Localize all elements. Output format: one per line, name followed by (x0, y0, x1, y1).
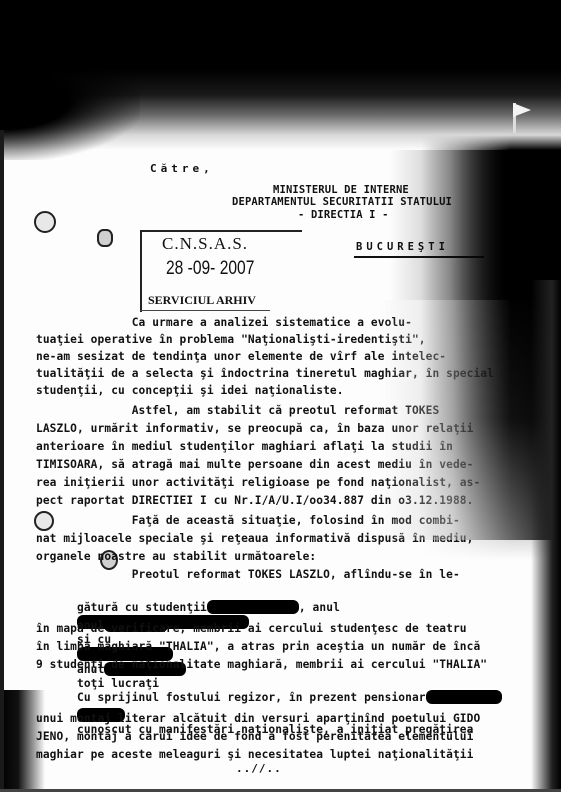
continuation-mark: ..//.. (236, 762, 282, 775)
text-line: ne-am sesizat de tendinţa unor elemente … (36, 350, 446, 364)
text-line: organele noastre au stabilit următoarele… (36, 550, 316, 564)
text-line: TIMISOARA, să atragă mai multe persoane … (36, 458, 473, 472)
text-line: Astfel, am stabilit că preotul reformat … (36, 404, 439, 418)
stamp-border (140, 310, 270, 311)
text-line: unui montaj literar alcătuit din versuri… (36, 712, 480, 726)
scan-shadow (0, 690, 45, 792)
text-fragment: , anul (299, 601, 340, 614)
scan-shadow (0, 60, 140, 160)
ink-mark-icon (97, 229, 113, 247)
redaction-bar (207, 600, 299, 614)
text-line: rea iniţierii unor activităţi religioase… (36, 476, 480, 490)
text-line: maghiar pe aceste meleaguri şi necesitat… (36, 748, 473, 762)
text-line: anterioare în mediul studenţilor maghiar… (36, 440, 453, 454)
department-name: DEPARTAMENTUL SECURITATII STATULUI (232, 195, 452, 209)
scanned-page: Către, MINISTERUL DE INTERNE DEPARTAMENT… (0, 0, 561, 792)
stamp-date: 28 -09- 2007 (166, 258, 254, 280)
text-line: JENO, montaj a cărui idee de fond a fost… (36, 730, 473, 744)
text-line: LASZLO, urmărit informativ, se preocupă … (36, 422, 473, 436)
page-corner-flag-icon (513, 103, 531, 117)
text-line: Preotul reformat TOKES LASZLO, aflîndu-s… (36, 568, 460, 582)
text-line: Ca urmare a analizei sistematice a evolu… (36, 316, 412, 330)
directorate-name: - DIRECTIA I - (298, 208, 389, 222)
stamp-institution: C.N.S.A.S. (162, 234, 248, 254)
punch-hole-icon (34, 211, 56, 233)
scan-shadow (531, 280, 561, 792)
text-line: în limba maghiară "THALIA", a atras prin… (36, 640, 480, 654)
text-line: Faţă de această situaţie, folosind în mo… (36, 514, 460, 528)
text-line: nat mijloacele speciale şi reţeaua infor… (36, 532, 473, 546)
page-edge (0, 130, 4, 792)
text-line: tuaţiei operative în problema "Naţionali… (36, 333, 426, 347)
text-line: pect raportat DIRECTIEI I cu Nr.I/A/U.I/… (36, 494, 473, 508)
greeting: Către, (150, 162, 214, 176)
text-line: în mapă de verificare, membrii ai cercul… (36, 622, 467, 636)
stamp-service: SERVICIUL ARHIV (148, 293, 256, 308)
text-line: 9 studenţi de naţionalitate maghiară, me… (36, 658, 487, 672)
text-line: studenţii, cu concepţii şi idei naţional… (36, 384, 344, 398)
